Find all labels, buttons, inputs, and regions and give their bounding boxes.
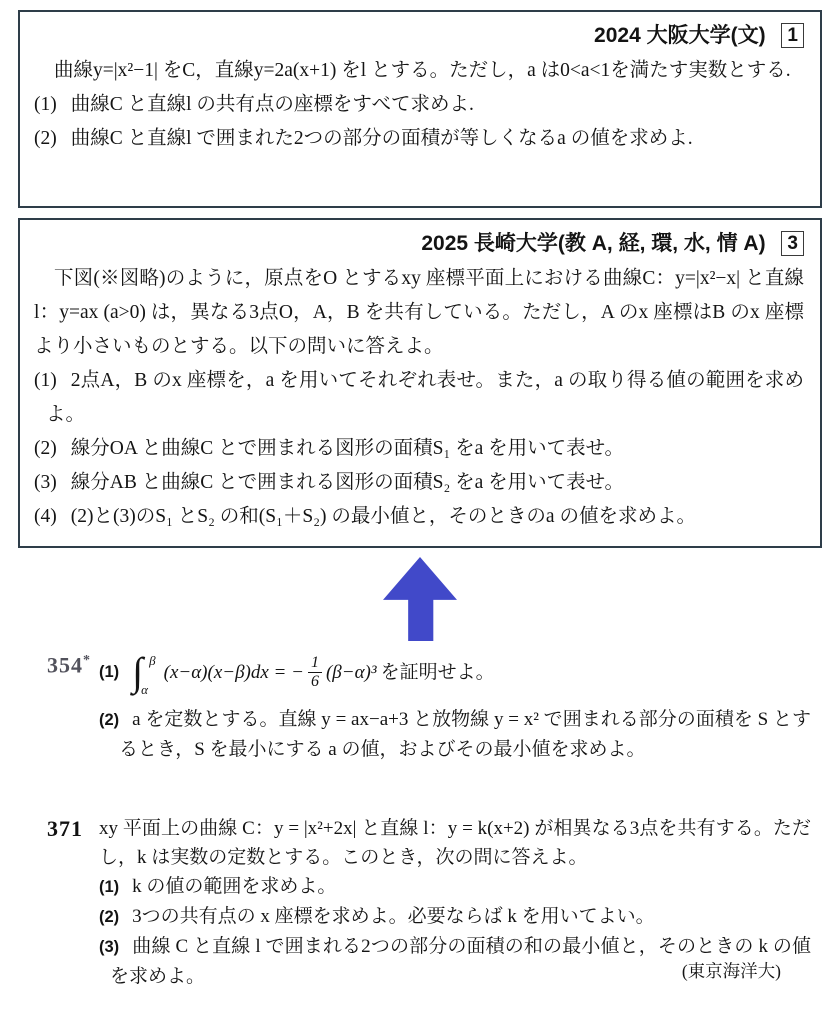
box1-item-1-number: (1) — [34, 94, 57, 115]
problem-354: 354* (1) ∫ β α (x−α)(x−β)dx = − 1 6 (β−α… — [47, 646, 811, 764]
document-page: { "box1": { "header": { "title": "2024 大… — [0, 0, 838, 1024]
box1-item-2: (2)曲線C と直線l で囲まれた2つの部分の面積が等しくなるa の値を求めよ. — [34, 122, 804, 156]
box2-header: 2025 長崎大学(教 A, 経, 環, 水, 情 A) 3 — [34, 228, 804, 260]
problem-371-item-2: (2)3つの共有点の x 座標を求めよ。必要ならば k を用いてよい。 — [99, 902, 811, 932]
problem-371-item-1-number: (1) — [99, 878, 119, 896]
source-attribution: (東京海洋大) — [682, 958, 781, 983]
up-arrow-icon — [383, 557, 457, 641]
problem-371-item-1-text: k の値の範囲を求めよ。 — [132, 876, 336, 897]
box2-item-2-text: 線分OA と曲線C とで囲まれる図形の面積S₁ をa を用いて表せ。 — [71, 438, 624, 459]
box1-item-1-text: 曲線C と直線l の共有点の座標をすべて求めよ. — [71, 94, 474, 115]
box2-item-3-text: 線分AB と曲線C とで囲まれる図形の面積S₂ をa を用いて表せ。 — [71, 472, 624, 493]
problem-371-item-3-number: (3) — [99, 938, 119, 956]
integral-upper-limit: β — [149, 646, 155, 675]
problem-354-number: 354* — [47, 646, 99, 764]
problem-354-star: * — [83, 653, 90, 668]
fraction-one-sixth: 1 6 — [308, 654, 322, 691]
box2-item-3-number: (3) — [34, 472, 57, 493]
box2-item-1-number: (1) — [34, 370, 57, 391]
box1-item-1: (1)曲線C と直線l の共有点の座標をすべて求めよ. — [34, 88, 804, 122]
problem-354-content: (1) ∫ β α (x−α)(x−β)dx = − 1 6 (β−α)³ を証… — [99, 646, 811, 764]
box2-statement: 下図(※図略)のように，原点をO とするxy 座標平面上における曲線C：y=|x… — [34, 262, 804, 364]
box2-header-title: 2025 長崎大学(教 A, 経, 環, 水, 情 A) — [421, 232, 765, 255]
fraction-denominator: 6 — [308, 672, 322, 691]
box2-item-4-number: (4) — [34, 506, 57, 527]
problem-371-number: 371 — [47, 814, 99, 991]
problem-371-item-2-text: 3つの共有点の x 座標を求めよ。必要ならば k を用いてよい。 — [132, 906, 655, 927]
box2-problem-number-badge: 3 — [781, 231, 804, 256]
problem-box-2024-osaka: 2024 大阪大学(文) 1 曲線y=|x²−1| をC，直線y=2a(x+1)… — [18, 10, 822, 208]
box1-item-2-text: 曲線C と直線l で囲まれた2つの部分の面積が等しくなるa の値を求めよ. — [71, 128, 693, 149]
integral-expression-left: (x−α)(x−β)dx = − — [164, 658, 304, 687]
box1-statement: 曲線y=|x²−1| をC，直線y=2a(x+1) をl とする。ただし，a は… — [34, 54, 804, 88]
box1-header: 2024 大阪大学(文) 1 — [34, 20, 804, 52]
box1-item-2-number: (2) — [34, 128, 57, 149]
box2-item-1-text: 2点A，B のx 座標を，a を用いてそれぞれ表せ。また，a の取り得る値の範囲… — [46, 370, 804, 425]
box2-item-2-number: (2) — [34, 438, 57, 459]
problem-box-2025-nagasaki: 2025 長崎大学(教 A, 経, 環, 水, 情 A) 3 下図(※図略)のよ… — [18, 218, 822, 548]
problem-371: 371 xy 平面上の曲線 C：y = |x²+2x| と直線 l：y = k(… — [47, 814, 811, 991]
box2-item-4-text: (2)と(3)のS₁ とS₂ の和(S₁＋S₂) の最小値と，そのときのa の値… — [71, 506, 696, 527]
problem-354-item-1: (1) ∫ β α (x−α)(x−β)dx = − 1 6 (β−α)³ を証… — [99, 642, 811, 702]
box1-problem-number-badge: 1 — [781, 23, 804, 48]
box2-item-2: (2)線分OA と曲線C とで囲まれる図形の面積S₁ をa を用いて表せ。 — [34, 432, 804, 466]
box1-header-title: 2024 大阪大学(文) — [594, 24, 766, 47]
integral-lower-limit: α — [141, 675, 155, 704]
integral-expression-right: (β−α)³ — [326, 658, 377, 687]
problem-371-item-1: (1)k の値の範囲を求めよ。 — [99, 872, 811, 902]
item-1-instruction: を証明せよ。 — [381, 658, 495, 687]
problem-354-item-2: (2)a を定数とする。直線 y = ax−a+3 と放物線 y = x² で囲… — [99, 705, 811, 764]
problem-371-item-2-number: (2) — [99, 908, 119, 926]
integral-limits: β α — [145, 647, 155, 697]
box2-item-1: (1)2点A，B のx 座標を，a を用いてそれぞれ表せ。また，a の取り得る値… — [34, 364, 804, 432]
box2-item-3: (3)線分AB と曲線C とで囲まれる図形の面積S₂ をa を用いて表せ。 — [34, 466, 804, 500]
box2-item-4: (4)(2)と(3)のS₁ とS₂ の和(S₁＋S₂) の最小値と，そのときのa… — [34, 500, 804, 534]
problem-371-statement: xy 平面上の曲線 C：y = |x²+2x| と直線 l：y = k(x+2)… — [99, 814, 811, 872]
problem-354-item-2-number: (2) — [99, 711, 119, 729]
problem-354-item-1-number: (1) — [99, 658, 119, 687]
problem-354-item-2-text: a を定数とする。直線 y = ax−a+3 と放物線 y = x² で囲まれる… — [119, 709, 811, 760]
fraction-numerator: 1 — [308, 654, 322, 672]
